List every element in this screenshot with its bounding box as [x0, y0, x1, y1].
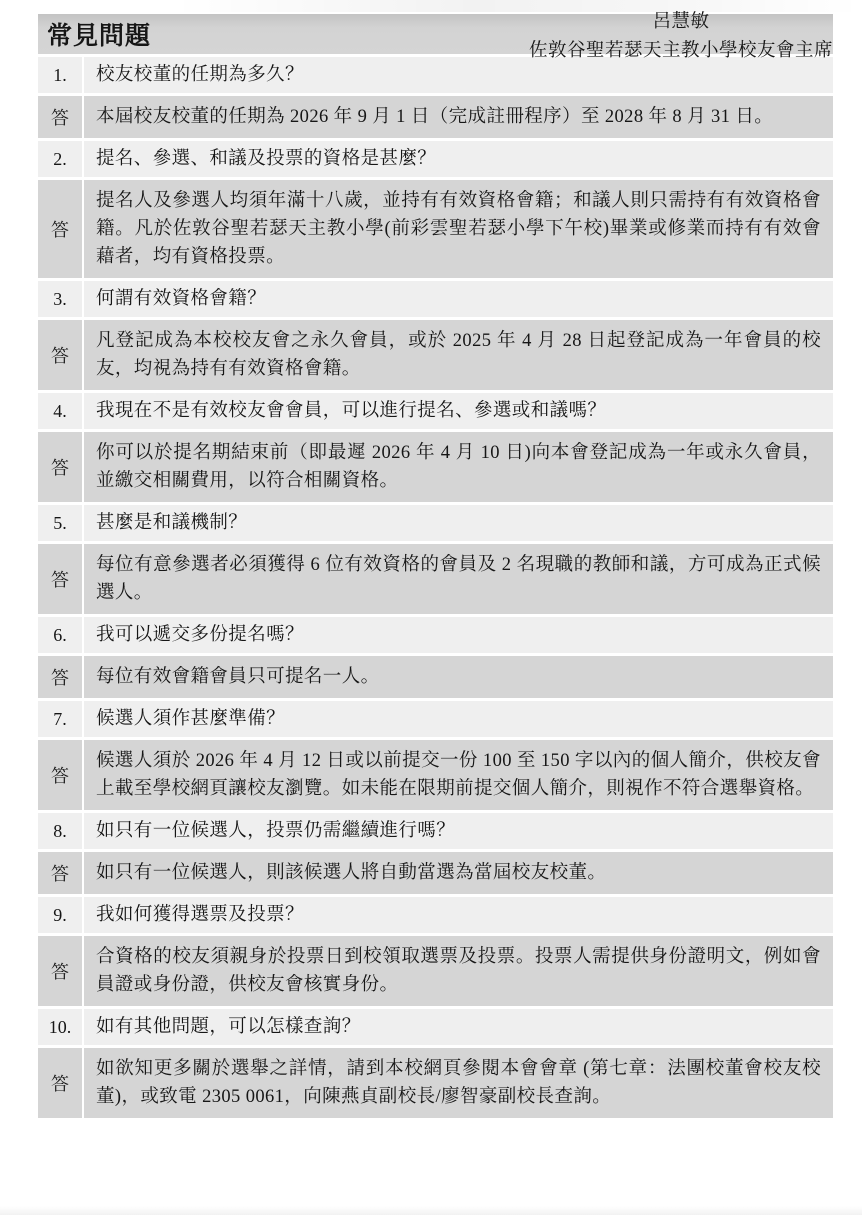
- answer-row: 答 如欲知更多關於選舉之詳情，請到本校網頁參閱本會會章 (第七章：法團校董會校友…: [38, 1048, 833, 1118]
- answer-text: 合資格的校友須親身於投票日到校領取選票及投票。投票人需提供身份證明文，例如會員證…: [84, 936, 833, 1006]
- answer-text: 凡登記成為本校校友會之永久會員，或於 2025 年 4 月 28 日起登記成為一…: [84, 320, 833, 390]
- answer-row: 答 本屆校友校董的任期為 2026 年 9 月 1 日（完成註冊程序）至 202…: [38, 96, 833, 138]
- answer-row: 答 提名人及參選人均須年滿十八歲，並持有有效資格會籍；和議人則只需持有有效資格會…: [38, 180, 833, 278]
- page-bottom-shading: [0, 1206, 862, 1215]
- question-text: 提名、參選、和議及投票的資格是甚麼？: [84, 141, 833, 177]
- question-row: 10. 如有其他問題，可以怎樣查詢？: [38, 1009, 833, 1045]
- answer-text: 你可以於提名期結束前（即最遲 2026 年 4 月 10 日)向本會登記成為一年…: [84, 432, 833, 502]
- question-text: 我現在不是有效校友會會員，可以進行提名、參選或和議嗎？: [84, 393, 833, 429]
- question-number: 10.: [38, 1009, 82, 1045]
- page-title: 常見問題: [47, 16, 151, 52]
- answer-text: 候選人須於 2026 年 4 月 12 日或以前提交一份 100 至 150 字…: [84, 740, 833, 810]
- answer-row: 答 每位有意參選者必須獲得 6 位有效資格的會員及 2 名現職的教師和議，方可成…: [38, 544, 833, 614]
- question-row: 8. 如只有一位候選人，投票仍需繼續進行嗎？: [38, 813, 833, 849]
- answer-row: 答 你可以於提名期結束前（即最遲 2026 年 4 月 10 日)向本會登記成為…: [38, 432, 833, 502]
- question-row: 5. 甚麼是和議機制？: [38, 505, 833, 541]
- answer-label: 答: [38, 740, 82, 810]
- answer-row: 答 合資格的校友須親身於投票日到校領取選票及投票。投票人需提供身份證明文，例如會…: [38, 936, 833, 1006]
- question-row: 4. 我現在不是有效校友會會員，可以進行提名、參選或和議嗎？: [38, 393, 833, 429]
- answer-label: 答: [38, 656, 82, 698]
- answer-text: 本屆校友校董的任期為 2026 年 9 月 1 日（完成註冊程序）至 2028 …: [84, 96, 833, 138]
- question-text: 何謂有效資格會籍？: [84, 281, 833, 317]
- answer-row: 答 如只有一位候選人，則該候選人將自動當選為當屆校友校董。: [38, 852, 833, 894]
- question-number: 8.: [38, 813, 82, 849]
- question-number: 4.: [38, 393, 82, 429]
- question-text: 候選人須作甚麼準備？: [84, 701, 833, 737]
- faq-table: 常見問題 1. 校友校董的任期為多久？ 答 本屆校友校董的任期為 2026 年 …: [38, 14, 833, 1118]
- question-row: 3. 何謂有效資格會籍？: [38, 281, 833, 317]
- question-number: 7.: [38, 701, 82, 737]
- answer-text: 提名人及參選人均須年滿十八歲，並持有有效資格會籍；和議人則只需持有有效資格會籍。…: [84, 180, 833, 278]
- question-number: 6.: [38, 617, 82, 653]
- question-number: 5.: [38, 505, 82, 541]
- answer-label: 答: [38, 96, 82, 138]
- signature-role: 佐敦谷聖若瑟天主教小學校友會主席: [529, 37, 833, 66]
- answer-label: 答: [38, 852, 82, 894]
- answer-text: 每位有意參選者必須獲得 6 位有效資格的會員及 2 名現職的教師和議，方可成為正…: [84, 544, 833, 614]
- answer-label: 答: [38, 320, 82, 390]
- question-row: 6. 我可以遞交多份提名嗎？: [38, 617, 833, 653]
- answer-text: 每位有效會籍會員只可提名一人。: [84, 656, 833, 698]
- question-number: 3.: [38, 281, 82, 317]
- answer-text: 如只有一位候選人，則該候選人將自動當選為當屆校友校董。: [84, 852, 833, 894]
- signature-name: 呂慧敏: [529, 8, 833, 37]
- answer-text: 如欲知更多關於選舉之詳情，請到本校網頁參閱本會會章 (第七章：法團校董會校友校董…: [84, 1048, 833, 1118]
- answer-label: 答: [38, 432, 82, 502]
- answer-row: 答 候選人須於 2026 年 4 月 12 日或以前提交一份 100 至 150…: [38, 740, 833, 810]
- answer-label: 答: [38, 544, 82, 614]
- question-number: 2.: [38, 141, 82, 177]
- question-row: 7. 候選人須作甚麼準備？: [38, 701, 833, 737]
- answer-label: 答: [38, 936, 82, 1006]
- question-row: 2. 提名、參選、和議及投票的資格是甚麼？: [38, 141, 833, 177]
- answer-label: 答: [38, 1048, 82, 1118]
- question-number: 1.: [38, 57, 82, 93]
- answer-row: 答 凡登記成為本校校友會之永久會員，或於 2025 年 4 月 28 日起登記成…: [38, 320, 833, 390]
- signature-block: 呂慧敏 佐敦谷聖若瑟天主教小學校友會主席: [529, 8, 833, 66]
- answer-label: 答: [38, 180, 82, 278]
- question-text: 如只有一位候選人，投票仍需繼續進行嗎？: [84, 813, 833, 849]
- question-text: 我如何獲得選票及投票？: [84, 897, 833, 933]
- question-text: 甚麼是和議機制？: [84, 505, 833, 541]
- question-number: 9.: [38, 897, 82, 933]
- question-text: 我可以遞交多份提名嗎？: [84, 617, 833, 653]
- answer-row: 答 每位有效會籍會員只可提名一人。: [38, 656, 833, 698]
- question-row: 9. 我如何獲得選票及投票？: [38, 897, 833, 933]
- question-text: 如有其他問題，可以怎樣查詢？: [84, 1009, 833, 1045]
